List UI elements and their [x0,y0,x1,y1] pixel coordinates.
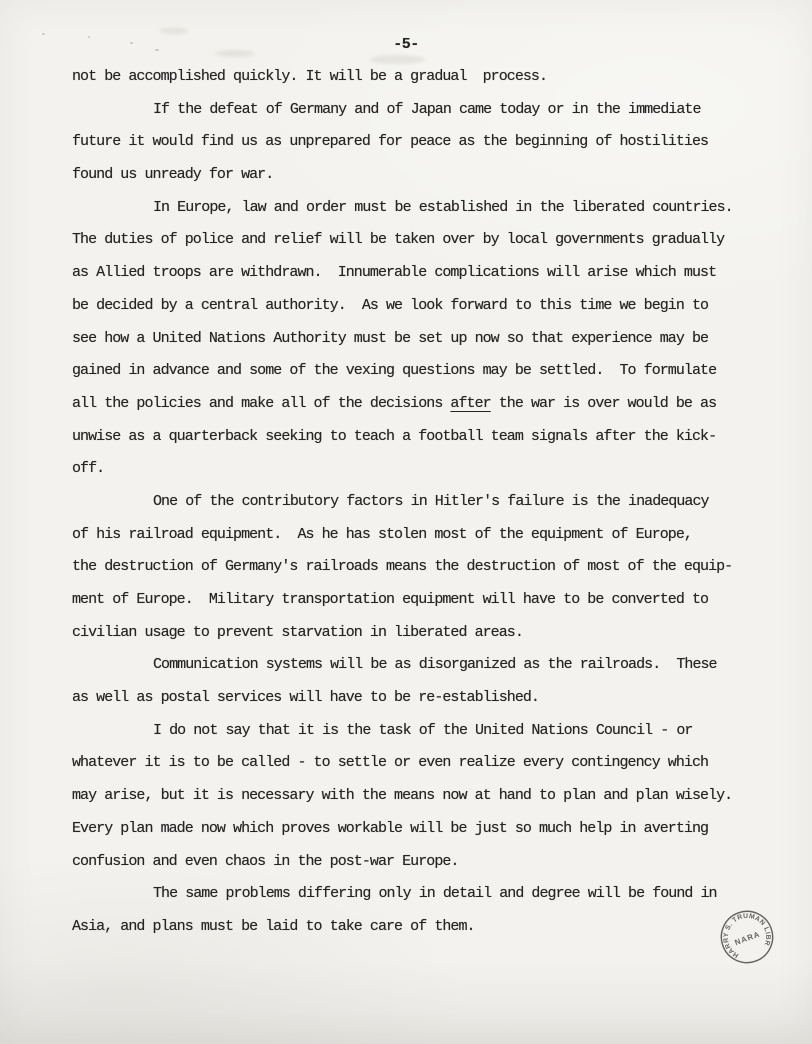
document-page: { "page": { "number": "-5-" }, "stamp": … [0,0,812,1044]
text-line: If the defeat of Germany and of Japan ca… [72,94,762,127]
text-line: I do not say that it is the task of the … [72,715,762,748]
text-line: One of the contributory factors in Hitle… [72,486,762,519]
text-line: may arise, but it is necessary with the … [72,780,762,813]
text-line: of his railroad equipment. As he has sto… [72,519,762,552]
text-line: Asia, and plans must be laid to take car… [72,911,762,944]
text-line: the destruction of Germany's railroads m… [72,551,762,584]
page-number: -5- [0,36,812,53]
text-line: gained in advance and some of the vexing… [72,355,762,388]
text-line: civilian usage to prevent starvation in … [72,617,762,650]
text-line: not be accomplished quickly. It will be … [72,61,762,94]
text-line: found us unready for war. [72,159,762,192]
smudge-mark [42,33,45,35]
typewritten-text: not be accomplished quickly. It will be … [72,61,762,944]
text-line: unwise as a quarterback seeking to teach… [72,421,762,454]
text-line: see how a United Nations Authority must … [72,323,762,356]
text-line: ment of Europe. Military transportation … [72,584,762,617]
text-line: future it would find us as unprepared fo… [72,126,762,159]
text-line: as Allied troops are withdrawn. Innumera… [72,257,762,290]
text-line: The duties of police and relief will be … [72,224,762,257]
text-line: In Europe, law and order must be establi… [72,192,762,225]
smudge-mark [160,28,188,34]
text-line: The same problems differing only in deta… [72,878,762,911]
text-line: Every plan made now which proves workabl… [72,813,762,846]
text-line: off. [72,453,762,486]
stamp-center-text: NARA [733,930,761,948]
text-line: confusion and even chaos in the post-war… [72,846,762,879]
text-line: whatever it is to be called - to settle … [72,747,762,780]
text-line: Communication systems will be as disorga… [72,649,762,682]
text-line: all the policies and make all of the dec… [72,388,762,421]
text-line: as well as postal services will have to … [72,682,762,715]
text-line: be decided by a central authority. As we… [72,290,762,323]
